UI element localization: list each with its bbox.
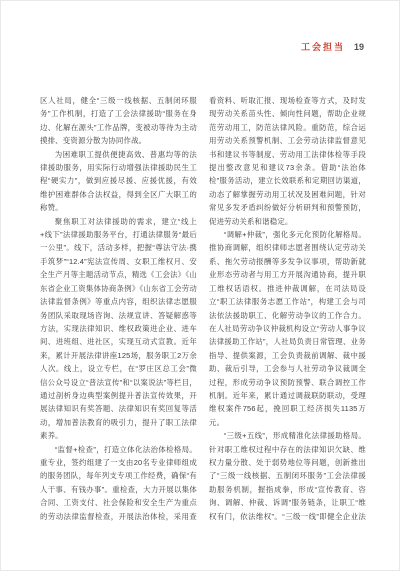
article-body: 区人社局，健全“三级一线核据、五制闭环服务”工作机制，打造了工会法律援助“服务在… bbox=[40, 94, 366, 536]
magazine-page: 工会担当 19 区人社局，健全“三级一线核据、五制闭环服务”工作机制，打造了工会… bbox=[0, 0, 400, 571]
section-label: 工会担当 bbox=[301, 40, 345, 53]
page-number: 19 bbox=[354, 42, 364, 52]
paragraph: 为困难职工提供便捷高效、普惠均等的法律援助服务，用实际行动增强法律援助民生工程“… bbox=[40, 148, 197, 215]
paragraph: “调解+仲裁”，强化多元化预防化解格局。推协商调解，组织律师志愿者围绕认定劳动关… bbox=[209, 228, 366, 429]
paragraph-continuation: 区人社局，健全“三级一线核据、五制闭环服务”工作机制，打造了工会法律援助“服务在… bbox=[40, 94, 197, 148]
paragraph: 聚焦职工对法律援助的需求，建立“线上+线下”法律援助服务平台，打通法律服务“最后… bbox=[40, 215, 197, 443]
running-head: 工会担当 19 bbox=[301, 40, 364, 53]
